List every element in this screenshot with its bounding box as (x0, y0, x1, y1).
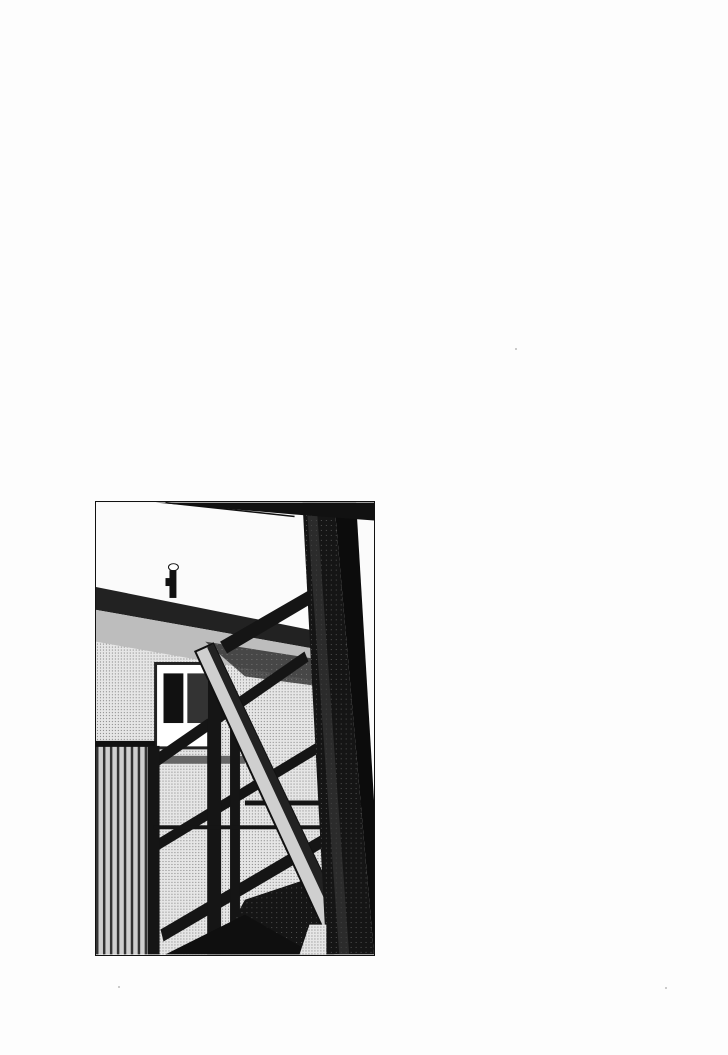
paper-speck (665, 987, 667, 989)
panel-illustration (96, 502, 374, 955)
corrugated-wall (96, 746, 151, 955)
paper-speck (515, 348, 517, 350)
manga-panel-1 (95, 501, 375, 956)
paper-speck (118, 986, 120, 988)
manga-page (0, 0, 728, 1055)
